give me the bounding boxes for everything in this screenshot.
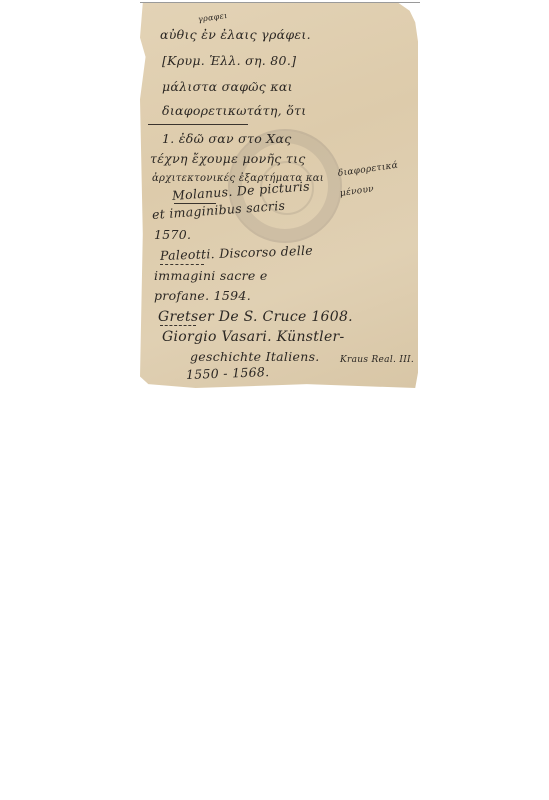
handwritten-line: διαφορετικά xyxy=(337,161,398,179)
handwritten-line: 1550 - 1568. xyxy=(186,364,270,382)
handwritten-line: αὐθις ἐν ἐλαις γράφει. xyxy=(160,27,311,42)
handwritten-line: Giorgio Vasari. Künstler- xyxy=(162,329,345,345)
handwritten-line: Paleotti. Discorso delle xyxy=(160,243,313,263)
handwritten-line: μένουν xyxy=(339,184,374,199)
underline xyxy=(160,325,196,326)
handwritten-line: Kraus Real. III. xyxy=(340,355,414,365)
handwritten-line: τέχνη ἔχουμε μονῆς τις xyxy=(150,151,306,166)
handwritten-line: profane. 1594. xyxy=(154,288,251,303)
divider-line xyxy=(148,124,248,125)
handwritten-line: Gretser De S. Cruce 1608. xyxy=(158,309,353,325)
handwritten-line: μάλιστα σαφῶς και xyxy=(162,79,293,94)
handwritten-line: διαφορετικωτάτη, ὅτι xyxy=(162,103,306,118)
handwritten-line: [Κρυμ. Ἑλλ. ση. 80.] xyxy=(162,53,296,68)
handwritten-line: 1570. xyxy=(154,227,191,242)
handwritten-line: 1. ἐδῶ σαν στο Χας xyxy=(162,131,292,146)
manuscript-page: γραφει αὐθις ἐν ἐλαις γράφει. [Κρυμ. Ἑλλ… xyxy=(140,3,418,388)
underline xyxy=(160,264,204,265)
page-top-border xyxy=(140,2,420,3)
handwritten-line: γραφει xyxy=(197,11,228,24)
handwritten-line: geschichte Italiens. xyxy=(190,349,320,364)
handwritten-line: immagini sacre e xyxy=(154,268,268,283)
